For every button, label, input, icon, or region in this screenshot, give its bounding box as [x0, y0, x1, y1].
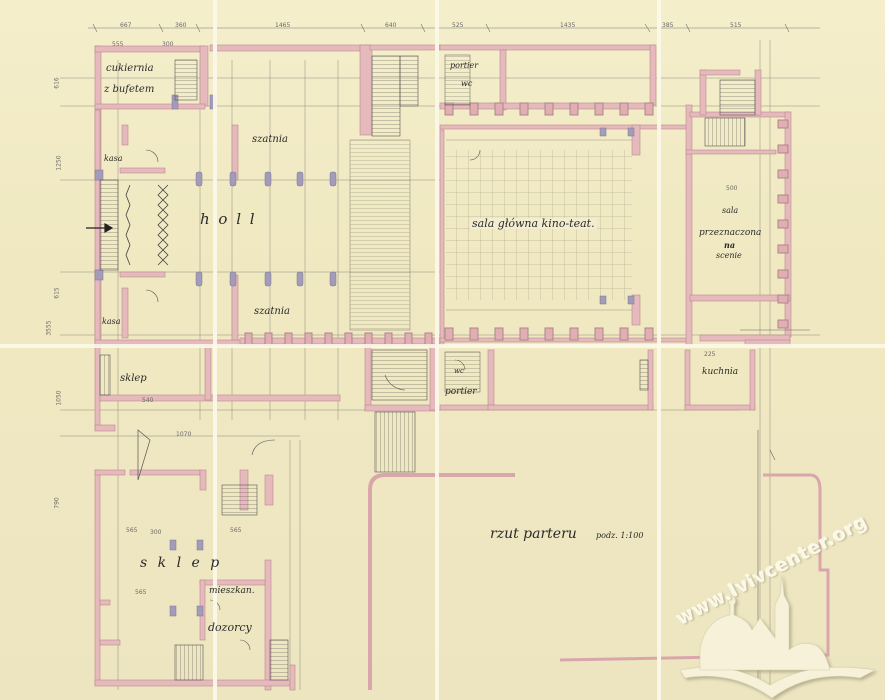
label-szatnia-bottom: szatnia [254, 307, 290, 317]
label-wc-top: wc [461, 80, 472, 88]
dim-left-1: 616 [55, 77, 61, 88]
dim-inner-10: 225 [704, 352, 715, 358]
dim-inner-6: 565 [135, 590, 146, 596]
dim-top-6: 1435 [560, 23, 575, 29]
label-hall: h o l l [200, 212, 257, 227]
paper-fold-vertical-2 [435, 0, 439, 700]
dim-left-2: 1250 [57, 155, 63, 170]
label-dozorcy: dozorcy [208, 622, 252, 633]
drawing-title: rzut parteru [490, 527, 577, 541]
watermark-logo: www.lvivcenter.org [660, 520, 885, 700]
label-portier-top: portier [450, 62, 478, 70]
label-mieszkanie: mieszkan. [209, 587, 255, 596]
lobby-railings [126, 185, 168, 265]
dim-inner-1: 555 [112, 42, 123, 48]
floor-plan-drawing: 667 360 1465 640 525 1435 385 515 616 12… [0, 0, 885, 700]
dim-top-8: 515 [730, 23, 741, 29]
paper-fold-horizontal [0, 344, 885, 348]
dim-inner-4: 300 [150, 530, 161, 536]
label-sklep-main: s k l e p [140, 556, 222, 570]
dim-left-6: 790 [55, 497, 61, 508]
label-kasa-top: kasa [104, 155, 123, 163]
dim-top-1: 667 [120, 23, 131, 29]
label-szatnia-top: szatnia [252, 135, 288, 145]
dim-top-7: 385 [662, 23, 673, 29]
dim-left-3: 615 [55, 287, 61, 298]
label-sala-glowna: sala główna kino-teat. [470, 218, 597, 229]
label-kasa-bottom: kasa [102, 318, 121, 326]
dim-inner-8: 1070 [176, 432, 191, 438]
label-cukiernia: cukiernia [106, 64, 154, 74]
dim-top-4: 640 [385, 23, 396, 29]
drawing-scale: podz. 1:100 [596, 532, 643, 540]
label-sklep-top: sklep [120, 374, 147, 384]
label-sala-line2: przeznaczona [699, 229, 761, 238]
dim-inner-9: 500 [726, 186, 737, 192]
dim-inner-3: 565 [126, 528, 137, 534]
label-sala-line1: sala [722, 207, 738, 215]
label-wc-bottom: wc [454, 368, 464, 375]
label-kuchnia: kuchnia [702, 368, 738, 377]
label-portier-bottom: portier [445, 388, 477, 397]
dim-inner-7: 540 [142, 398, 153, 404]
dim-top-2: 360 [175, 23, 186, 29]
dim-left-4: 3555 [47, 320, 53, 335]
label-sala-line4: scenie [716, 252, 742, 260]
label-sala-line3: na [724, 241, 735, 249]
dim-top-3: 1465 [275, 23, 290, 29]
dim-inner-5: 565 [230, 528, 241, 534]
dim-inner-2: 300 [162, 42, 173, 48]
label-z-bufetem: z bufetem [104, 85, 154, 95]
dim-top-5: 525 [452, 23, 463, 29]
dim-left-5: 1050 [57, 390, 63, 405]
